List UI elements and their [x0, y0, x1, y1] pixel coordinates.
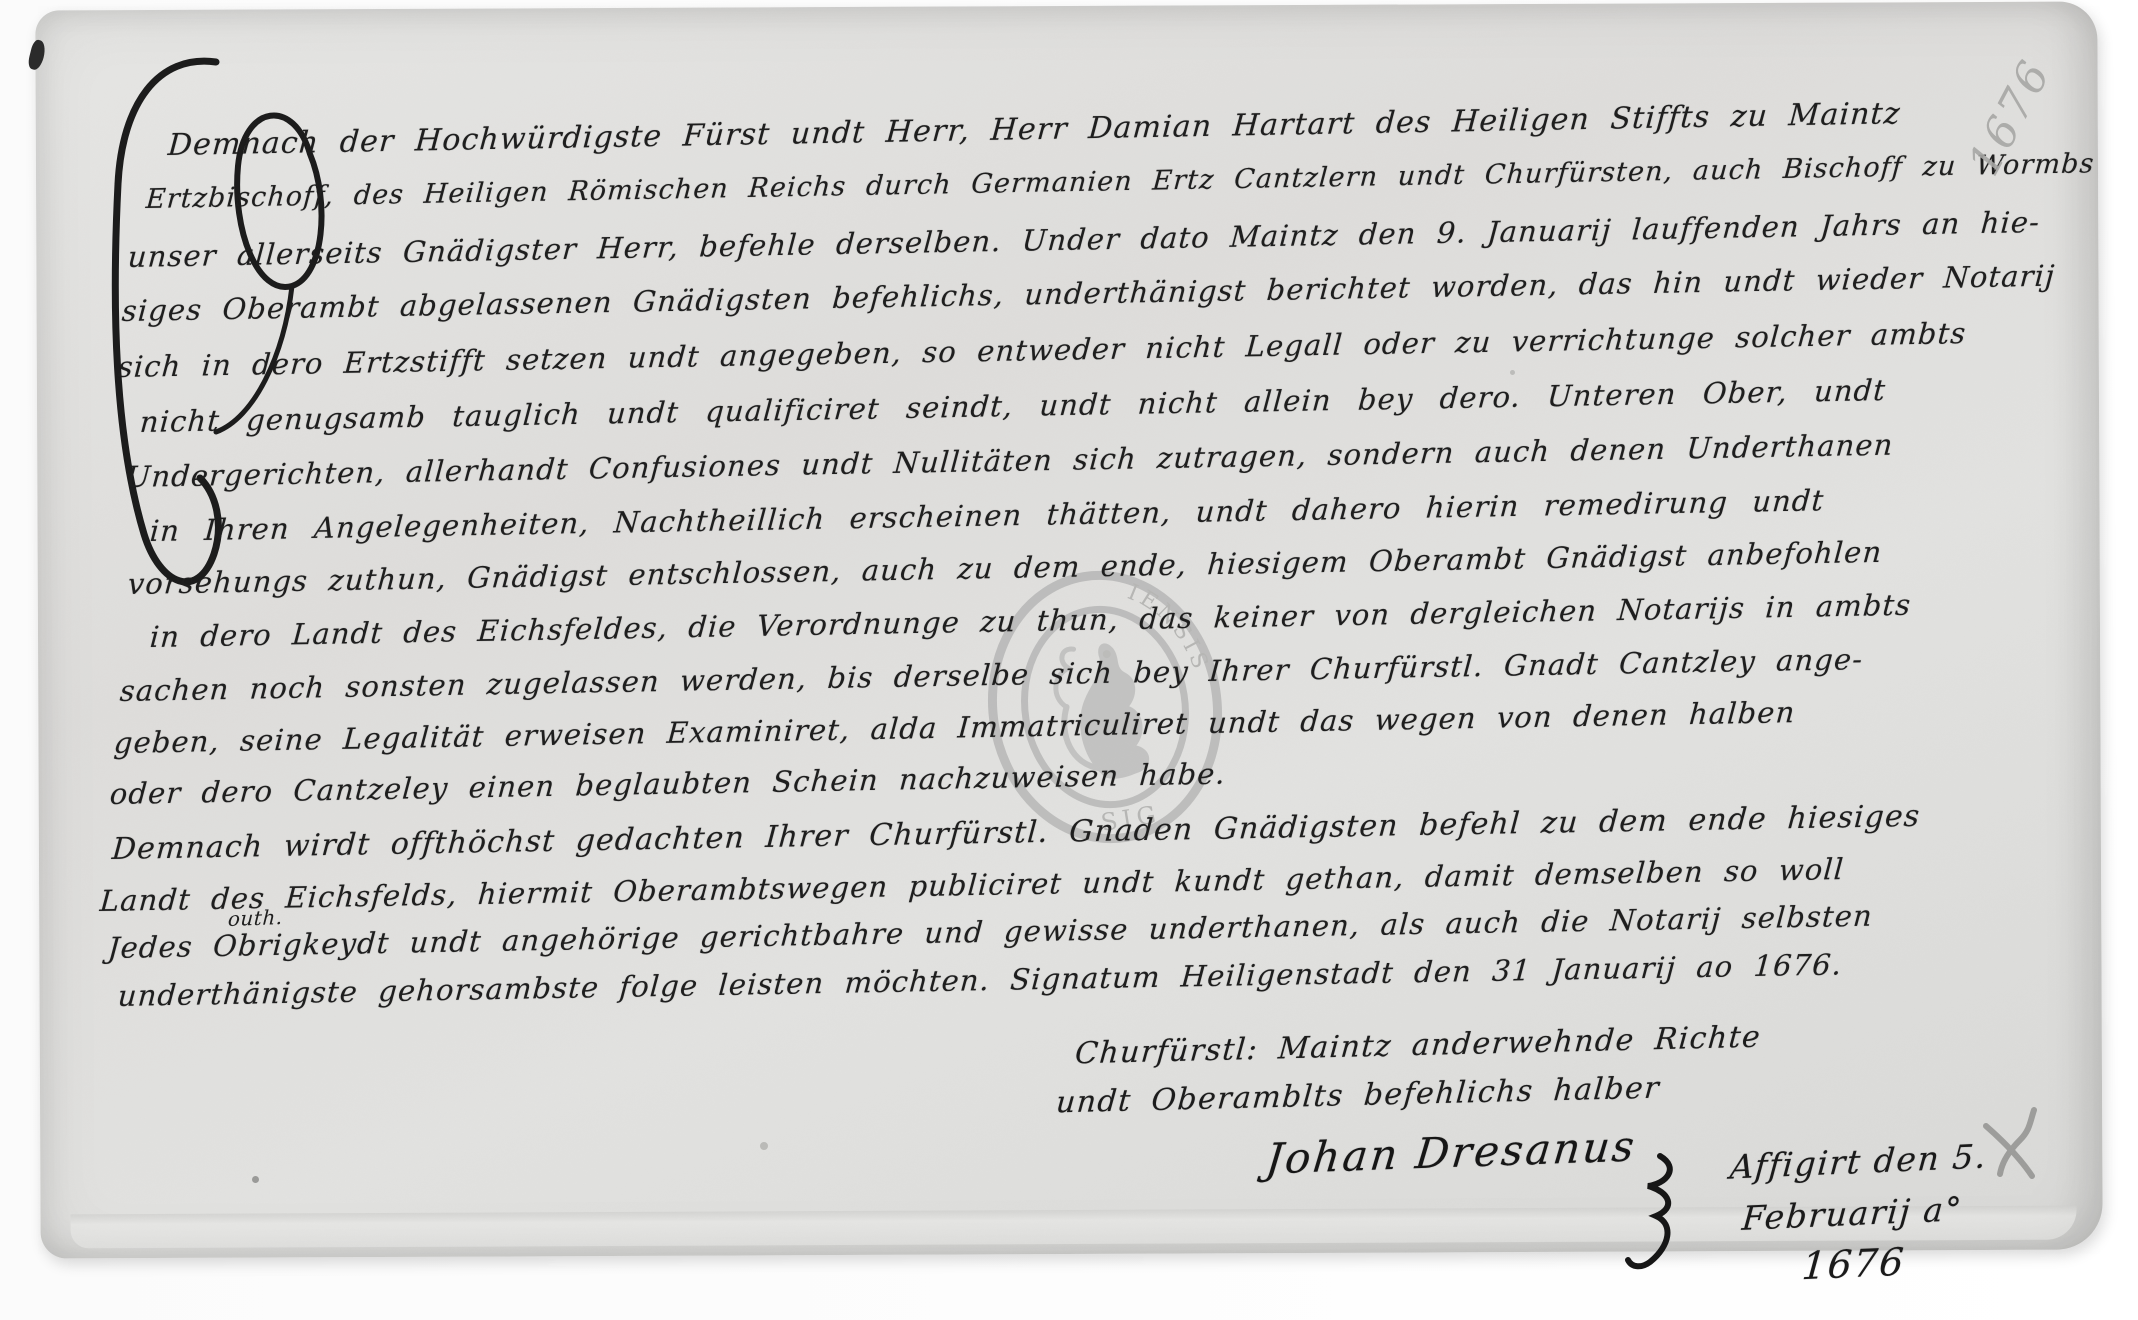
interlinear-insertion: outh. — [227, 905, 283, 931]
paper-speck — [252, 1176, 259, 1183]
scanned-manuscript-page: { "manuscript": { "body_lines": [ "Demna… — [0, 0, 2138, 1320]
paper-speck — [760, 1142, 768, 1150]
affix-note-line: 1676 — [1800, 1240, 1906, 1289]
signature-paraph-icon — [1610, 1150, 1690, 1280]
pencil-x-mark-icon — [1968, 1092, 2068, 1192]
paper-speck — [1510, 370, 1515, 375]
